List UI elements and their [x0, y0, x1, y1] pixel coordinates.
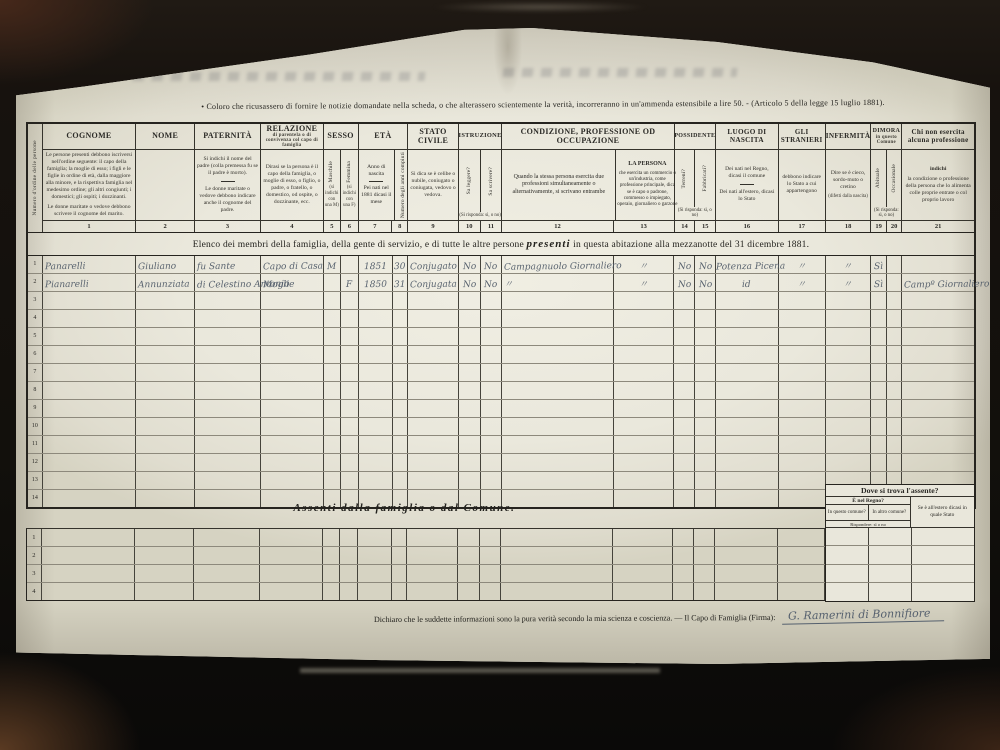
absent-box-cell	[826, 565, 869, 582]
cell-cognome	[43, 364, 137, 381]
ink-showthrough	[503, 68, 738, 77]
absent-box-row	[826, 546, 973, 564]
cell-stato	[408, 454, 459, 471]
cell-terreni: No	[674, 274, 695, 291]
cell-professione	[502, 418, 614, 435]
row-number: 3	[28, 292, 43, 309]
cell-luogo	[716, 436, 778, 453]
cell-abituale	[871, 310, 887, 327]
cell-relazione	[261, 418, 323, 435]
present-section-title: Elenco dei membri della famiglia, della …	[28, 233, 974, 256]
cell-nome	[136, 418, 195, 435]
cell-persona: 〃	[614, 256, 675, 273]
cell-abituale	[871, 436, 887, 453]
cell-occasionale	[887, 400, 903, 417]
cell-professione	[502, 436, 614, 453]
absent-box-cell	[869, 546, 912, 563]
cell-sesso-m	[324, 436, 342, 453]
cell-occasionale	[887, 364, 903, 381]
col-header-professioni: Quando la stessa persona esercita due pr…	[502, 150, 616, 220]
cell-persona	[614, 364, 675, 381]
cell-paternita	[195, 418, 261, 435]
cell-sesso-m	[324, 472, 342, 489]
cell-terreni	[674, 418, 695, 435]
cell-anno	[359, 364, 393, 381]
col-header-paternita: PATERNITÀ Si indichi il nome del padre (…	[195, 124, 261, 232]
cell-fabbricati	[695, 364, 716, 381]
cell-legge	[459, 310, 481, 327]
cell-nome	[135, 583, 194, 600]
cell-stato: Conjugata	[408, 274, 459, 291]
absent-estero-header: Se è all'estero dicasi in quale Stato	[911, 497, 973, 527]
cell-relazione	[261, 292, 323, 309]
table-row: 8	[28, 382, 974, 400]
cell-infermita	[826, 418, 871, 435]
cell-sesso-f	[341, 472, 359, 489]
absent-box-cell	[826, 546, 869, 563]
cell-terreni	[674, 310, 695, 327]
handwritten-entry: 〃	[843, 259, 852, 273]
cell-terreni: No	[674, 256, 695, 273]
handwritten-entry: Panarelli	[43, 262, 86, 274]
cell-persona	[614, 382, 675, 399]
row-number: 6	[28, 346, 43, 363]
cell-terreni	[673, 583, 694, 600]
cell-stato	[408, 400, 459, 417]
cell-stato	[408, 364, 459, 381]
cell-paternita	[195, 382, 261, 399]
col-header-fabbricati: Fabbricati?	[695, 150, 715, 207]
cell-fabbricati	[695, 328, 716, 345]
cell-professione	[501, 547, 613, 564]
cell-cognome	[43, 292, 137, 309]
cell-terreni	[674, 346, 695, 363]
handwritten-entry: No	[698, 280, 711, 291]
cell-sesso-m	[324, 382, 342, 399]
cell-relazione	[261, 436, 323, 453]
cell-cognome	[42, 583, 136, 600]
absent-box-cell	[869, 528, 912, 545]
col-header-eta: ETÀ Anno di nascitaPei nati nel 1881 dic…	[359, 124, 409, 232]
cell-luogo	[715, 583, 777, 600]
cell-occasionale	[887, 418, 903, 435]
cell-sesso-f	[341, 454, 359, 471]
absent-box-cell	[869, 583, 912, 600]
cell-cognome	[43, 310, 137, 327]
cell-persona	[614, 436, 675, 453]
cell-anni	[393, 292, 409, 309]
row-number: 13	[28, 472, 43, 489]
cell-stranieri	[779, 454, 826, 471]
cell-anni	[393, 382, 409, 399]
cell-sesso-f	[341, 256, 359, 273]
cell-paternita: fu Sante	[195, 256, 261, 273]
cell-abituale	[871, 418, 887, 435]
cell-anno	[359, 400, 393, 417]
handwritten-entry: id	[742, 280, 751, 291]
cell-luogo: Potenza Picena	[716, 256, 778, 273]
handwritten-entry: 1850	[364, 280, 387, 291]
handwritten-entry: Pianarelli	[43, 280, 89, 292]
cell-sesso-m	[323, 565, 341, 582]
cell-abituale	[871, 400, 887, 417]
cell-anno	[358, 565, 392, 582]
cell-chi-non	[902, 346, 973, 363]
cell-luogo	[716, 472, 778, 489]
cell-stato	[407, 583, 458, 600]
cell-fabbricati	[695, 454, 716, 471]
cell-terreni	[674, 454, 695, 471]
cell-professione	[501, 565, 613, 582]
cell-terreni	[674, 364, 695, 381]
cell-terreni	[674, 472, 695, 489]
cell-chi-non	[902, 292, 973, 309]
cell-legge	[459, 436, 481, 453]
cell-anno	[359, 328, 393, 345]
cell-persona	[614, 292, 675, 309]
cell-persona	[613, 565, 674, 582]
handwritten-entry: 〃	[797, 277, 806, 291]
col-header-condizione: CONDIZIONE, PROFESSIONE OD OCCUPAZIONE Q…	[502, 124, 674, 232]
cell-cognome	[42, 565, 136, 582]
cell-legge	[459, 454, 481, 471]
handwritten-entry: Potenza Picena	[716, 261, 785, 273]
cell-anno	[359, 346, 393, 363]
cell-stato	[408, 310, 459, 327]
cell-stranieri: 〃	[779, 256, 826, 273]
handwritten-entry: M	[327, 262, 336, 273]
absent-questo-comune-header: In questo comune?	[826, 505, 868, 520]
cell-sesso-f	[340, 565, 358, 582]
cell-chi-non	[902, 400, 973, 417]
cell-stato	[407, 547, 458, 564]
cell-infermita	[826, 292, 871, 309]
cell-professione	[502, 364, 614, 381]
cell-relazione	[261, 472, 323, 489]
cell-abituale	[871, 292, 887, 309]
cell-occasionale	[887, 256, 903, 273]
cell-professione	[502, 310, 614, 327]
cell-infermita	[826, 436, 871, 453]
cell-persona	[614, 346, 675, 363]
handwritten-entry: 〃	[502, 277, 513, 291]
cell-scrive	[480, 583, 502, 600]
census-sheet: • Coloro che ricusassero di fornire le n…	[16, 28, 990, 664]
cell-nome	[136, 454, 195, 471]
cell-persona	[614, 472, 675, 489]
cell-sesso-m	[324, 400, 342, 417]
cell-nome: Annunziata	[136, 274, 195, 291]
cell-sesso-f	[341, 346, 359, 363]
cell-scrive	[481, 328, 503, 345]
cell-terreni	[673, 565, 694, 582]
absent-table: 1234 Dove si trova l'assente? È nel Regn…	[26, 528, 974, 601]
cell-nome: Giuliano	[136, 256, 195, 273]
cell-luogo: id	[716, 274, 778, 291]
handwritten-entry: Giuliano	[136, 262, 176, 274]
cell-paternita	[195, 310, 261, 327]
cell-terreni	[673, 547, 694, 564]
cell-cognome: Panarelli	[43, 256, 137, 273]
row-number: 9	[28, 400, 43, 417]
row-number: 3	[27, 565, 42, 582]
cell-occasionale	[887, 436, 903, 453]
cell-fabbricati	[695, 472, 716, 489]
cell-sesso-m: M	[324, 256, 342, 273]
absent-box-cell	[869, 565, 912, 582]
cell-stranieri	[778, 547, 825, 564]
cell-paternita	[194, 583, 260, 600]
cell-luogo	[715, 565, 777, 582]
cell-legge	[459, 472, 481, 489]
cell-infermita	[826, 400, 871, 417]
cell-infermita	[826, 364, 871, 381]
cell-anno: 1850	[359, 274, 393, 291]
col-header-chi-non-esercita: Chi non esercita alcuna professione indi…	[902, 124, 973, 232]
cell-relazione	[261, 400, 323, 417]
col-header-sesso: SESSO Maschile(si indichi con una M) Fem…	[324, 124, 359, 232]
cell-anni	[392, 583, 408, 600]
cell-scrive	[481, 436, 503, 453]
cell-sesso-m	[323, 529, 341, 546]
handwritten-entry: Moglie	[261, 280, 295, 291]
cell-terreni	[674, 292, 695, 309]
cell-nome	[136, 346, 195, 363]
cell-nome	[135, 565, 194, 582]
cell-anni	[393, 310, 409, 327]
cell-scrive	[481, 454, 503, 471]
cell-sesso-f	[341, 310, 359, 327]
col-header-relazione: RELAZIONEdi parentela o di convivenza co…	[261, 124, 323, 232]
cell-stato	[408, 472, 459, 489]
cell-persona	[614, 454, 675, 471]
cell-abituale	[871, 454, 887, 471]
cell-anni	[392, 547, 408, 564]
cell-paternita: di Celestino Antonio	[195, 274, 261, 291]
handwritten-entry: No	[462, 262, 475, 273]
cell-fabbricati	[694, 565, 715, 582]
cell-nome	[136, 382, 195, 399]
cell-chi-non	[902, 436, 973, 453]
cell-anno	[358, 529, 392, 546]
handwritten-entry: No	[484, 280, 497, 291]
handwritten-entry: No	[484, 262, 497, 273]
cell-chi-non: Campº Giornaliero	[902, 274, 973, 291]
cell-chi-non	[902, 310, 973, 327]
col-header-sesso-maschile: Maschile(si indichi con una M)	[324, 150, 342, 220]
cell-cognome	[43, 436, 137, 453]
cell-anni	[393, 436, 409, 453]
absent-box-cell	[912, 528, 973, 545]
cell-infermita	[826, 454, 871, 471]
handwritten-entry: No	[678, 280, 691, 291]
cell-fabbricati	[695, 382, 716, 399]
handwritten-entry: fu Sante	[195, 262, 235, 274]
cell-chi-non	[902, 328, 973, 345]
cell-stranieri	[779, 472, 826, 489]
cell-professione	[502, 400, 614, 417]
cell-occasionale	[887, 274, 903, 291]
cell-occasionale	[887, 292, 903, 309]
cell-sesso-f: F	[341, 274, 359, 291]
cell-luogo	[716, 310, 778, 327]
absent-box-cell	[912, 565, 973, 582]
cell-sesso-f	[341, 418, 359, 435]
cell-relazione	[260, 547, 322, 564]
cell-sesso-m	[324, 364, 342, 381]
cell-legge	[458, 547, 480, 564]
cell-sesso-m	[324, 292, 342, 309]
absent-location-box: Dove si trova l'assente? È nel Regno? In…	[825, 484, 974, 602]
cell-persona	[614, 418, 675, 435]
cell-anni	[393, 400, 409, 417]
cell-sesso-f	[340, 547, 358, 564]
cell-abituale: Sì	[871, 274, 887, 291]
cell-relazione	[260, 565, 322, 582]
cell-cognome	[43, 346, 137, 363]
table-header: Numero d'ordine delle persone COGNOME Le…	[28, 124, 974, 233]
cell-sesso-f	[341, 400, 359, 417]
cell-stranieri	[779, 346, 826, 363]
handwritten-entry: Sì	[874, 262, 883, 273]
col-header-nome: NOME 2	[136, 124, 195, 232]
cell-persona	[614, 400, 675, 417]
cell-legge	[459, 364, 481, 381]
cell-scrive	[481, 364, 503, 381]
cell-paternita	[195, 292, 261, 309]
cell-sesso-f	[341, 292, 359, 309]
cell-scrive	[481, 418, 503, 435]
cell-abituale	[871, 364, 887, 381]
cell-legge	[458, 583, 480, 600]
cell-paternita	[195, 328, 261, 345]
absent-box-title: Dove si trova l'assente?	[826, 485, 973, 497]
table-row: 5	[28, 328, 974, 346]
cell-luogo	[716, 382, 778, 399]
cell-relazione	[260, 529, 322, 546]
cell-scrive: No	[481, 256, 503, 273]
cell-professione	[501, 529, 613, 546]
cell-nome	[135, 529, 194, 546]
cell-paternita	[195, 454, 261, 471]
cell-stato	[408, 346, 459, 363]
cell-occasionale	[887, 454, 903, 471]
handwritten-entry: F	[346, 280, 352, 291]
handwritten-entry: 30	[394, 262, 406, 273]
cell-chi-non	[902, 454, 973, 471]
cell-scrive	[481, 472, 503, 489]
cell-terreni	[674, 436, 695, 453]
cell-anno	[359, 310, 393, 327]
cell-persona	[614, 310, 675, 327]
background-smudge	[430, 2, 650, 12]
cell-terreni	[674, 400, 695, 417]
cell-cognome	[43, 328, 137, 345]
cell-professione	[502, 292, 614, 309]
cell-luogo	[716, 364, 778, 381]
handwritten-entry: Sì	[874, 280, 883, 291]
cell-anno	[359, 418, 393, 435]
cell-anni	[392, 529, 408, 546]
cell-stranieri	[779, 418, 826, 435]
cell-scrive	[481, 400, 503, 417]
cell-luogo	[716, 400, 778, 417]
cell-relazione: Capo di Casa	[261, 256, 323, 273]
row-number: 10	[28, 418, 43, 435]
cell-relazione	[261, 328, 323, 345]
cell-stranieri	[778, 529, 825, 546]
cell-abituale	[871, 328, 887, 345]
cell-fabbricati	[695, 400, 716, 417]
cell-legge	[459, 328, 481, 345]
row-number: 5	[28, 328, 43, 345]
col-header-cognome: COGNOME Le persone presenti debbono iscr…	[43, 124, 137, 232]
cell-paternita	[195, 472, 261, 489]
cell-anno	[358, 583, 392, 600]
handwritten-entry: No	[678, 262, 691, 273]
cell-legge	[459, 346, 481, 363]
handwritten-entry: 〃	[639, 277, 648, 291]
cell-cognome	[43, 400, 137, 417]
cell-abituale	[871, 382, 887, 399]
cell-relazione	[261, 364, 323, 381]
cell-terreni	[673, 529, 694, 546]
cell-stato	[408, 328, 459, 345]
cell-paternita	[194, 529, 260, 546]
col-header-la-persona: LA PERSONAche esercita un commercio o un…	[616, 150, 678, 220]
table-row: 11	[28, 436, 974, 454]
cell-anno	[359, 382, 393, 399]
cell-occasionale	[887, 310, 903, 327]
row-number: 2	[28, 274, 43, 291]
cell-abituale: Sì	[871, 256, 887, 273]
cell-scrive	[480, 547, 502, 564]
cell-stranieri	[779, 310, 826, 327]
cell-anno	[359, 472, 393, 489]
cell-scrive	[480, 529, 502, 546]
cell-cognome	[42, 547, 136, 564]
cell-professione	[502, 382, 614, 399]
cell-nome	[136, 436, 195, 453]
handwritten-entry: Capo di Casa	[261, 261, 323, 273]
cell-nome	[136, 292, 195, 309]
row-number: 1	[27, 529, 42, 546]
col-header-numero-ordine: Numero d'ordine delle persone	[28, 124, 43, 232]
cell-relazione	[261, 382, 323, 399]
cell-chi-non	[902, 418, 973, 435]
cell-sesso-f	[341, 364, 359, 381]
col-header-infermita: INFERMITÀ Dire se è cieco, sordo-muto o …	[826, 124, 871, 232]
handwritten-entry: 31	[394, 280, 406, 291]
absent-box-cell	[826, 583, 869, 600]
cell-chi-non	[902, 364, 973, 381]
cell-sesso-m	[324, 418, 342, 435]
absent-section-title: Assenti dalla famiglia o dal Comune.	[26, 502, 783, 514]
cell-stranieri	[778, 565, 825, 582]
cell-fabbricati: No	[695, 256, 716, 273]
cell-nome	[135, 547, 194, 564]
cell-infermita	[826, 328, 871, 345]
cell-chi-non	[902, 256, 973, 273]
cell-sesso-f	[341, 328, 359, 345]
handwritten-entry: 〃	[639, 259, 648, 273]
cell-luogo	[716, 292, 778, 309]
handwritten-entry: 〃	[843, 277, 852, 291]
cell-professione	[502, 346, 614, 363]
cell-terreni	[674, 382, 695, 399]
table-row: 1PanarelliGiulianofu SanteCapo di CasaM1…	[28, 256, 974, 274]
cell-scrive	[481, 310, 503, 327]
